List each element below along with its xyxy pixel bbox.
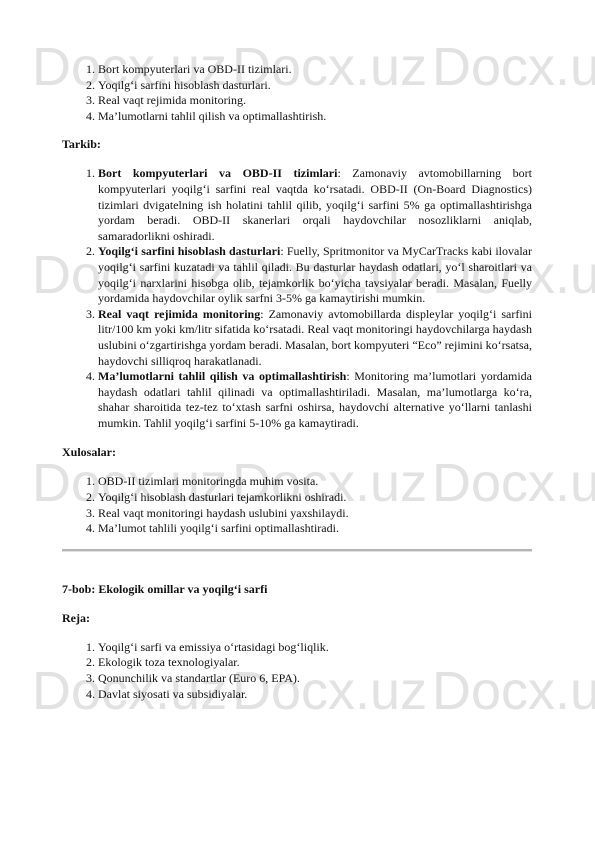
list-item: Ma’lumotlarni tahlil qilish va optimalla… [98, 369, 532, 431]
intro-list: Bort kompyuterlari va OBD-II tizimlari. … [62, 62, 532, 124]
list-item: Davlat siyosati va subsidiyalar. [98, 687, 532, 703]
horizontal-divider [62, 549, 532, 552]
reja-heading: Reja: [62, 611, 532, 626]
list-item: Yoqilg‘i sarfi va emissiya o‘rtasidagi b… [98, 640, 532, 656]
document-page: Bort kompyuterlari va OBD-II tizimlari. … [62, 62, 532, 702]
list-item: Real vaqt rejimida monitoring. [98, 93, 532, 109]
list-item: Bort kompyuterlari va OBD-II tizimlari. [98, 62, 532, 78]
list-item: Ekologik toza texnologiyalar. [98, 655, 532, 671]
item-title: Real vaqt rejimida monitoring [98, 307, 260, 321]
list-item: Real vaqt rejimida monitoring: Zamonaviy… [98, 307, 532, 369]
list-item: Ma’lumot tahlili yoqilg‘i sarfini optima… [98, 521, 532, 537]
list-item: Ma’lumotlarni tahlil qilish va optimalla… [98, 109, 532, 125]
tarkib-heading: Tarkib: [62, 137, 532, 152]
list-item: OBD-II tizimlari monitoringda muhim vosi… [98, 474, 532, 490]
list-item: Real vaqt monitoringi haydash uslubini y… [98, 506, 532, 522]
list-item: Yoqilg‘i hisoblash dasturlari tejamkorli… [98, 490, 532, 506]
chapter-title: 7-bob: Ekologik omillar va yoqilg‘i sarf… [62, 582, 532, 597]
list-item: Yoqilg‘i sarfini hisoblash dasturlari. [98, 78, 532, 94]
tarkib-list: Bort kompyuterlari va OBD-II tizimlari: … [62, 166, 532, 431]
item-title: Ma’lumotlarni tahlil qilish va optimalla… [98, 369, 346, 383]
item-title: Bort kompyuterlari va OBD-II tizimlari [98, 166, 337, 180]
list-item: Bort kompyuterlari va OBD-II tizimlari: … [98, 166, 532, 244]
list-item: Yoqilg‘i sarfini hisoblash dasturlari: F… [98, 244, 532, 306]
xulosalar-list: OBD-II tizimlari monitoringda muhim vosi… [62, 474, 532, 536]
item-title: Yoqilg‘i sarfini hisoblash dasturlari [98, 244, 280, 258]
reja-list: Yoqilg‘i sarfi va emissiya o‘rtasidagi b… [62, 640, 532, 702]
list-item: Qonunchilik va standartlar (Euro 6, EPA)… [98, 671, 532, 687]
xulosalar-heading: Xulosalar: [62, 445, 532, 460]
